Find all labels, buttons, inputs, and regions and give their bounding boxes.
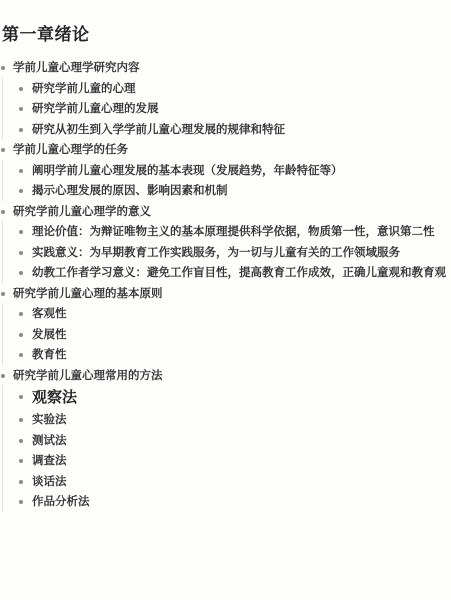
outline-node-level2[interactable]: 客观性 — [0, 303, 451, 324]
outline-node-level2[interactable]: 教育性 — [0, 344, 451, 365]
node-label: 客观性 — [32, 306, 67, 320]
node-label: 幼教工作者学习意义：避免工作盲目性，提高教育工作成效，正确儿童观和教育观 — [32, 265, 446, 279]
sub-list: 客观性 发展性 教育性 — [0, 303, 451, 365]
outline-section: 学前儿童心理学的任务 阐明学前儿童心理发展的基本表现（发展趋势，年龄特征等） 揭… — [0, 139, 451, 201]
bullet-icon[interactable] — [19, 169, 23, 173]
node-label: 测试法 — [32, 433, 67, 447]
outline-node-level2[interactable]: 理论价值：为辩证唯物主义的基本原理提供科学依据，物质第一性，意识第二性 — [0, 221, 451, 242]
bullet-icon[interactable] — [19, 459, 23, 463]
bullet-icon[interactable] — [19, 395, 23, 399]
outline-node-level1[interactable]: 研究学前儿童心理的基本原则 — [0, 283, 451, 304]
outline-node-level1[interactable]: 学前儿童心理学的任务 — [0, 139, 451, 160]
outline-node-level2[interactable]: 幼教工作者学习意义：避免工作盲目性，提高教育工作成效，正确儿童观和教育观 — [0, 262, 451, 283]
bullet-icon[interactable] — [1, 292, 5, 296]
outline-section: 研究学前儿童心理学的意义 理论价值：为辩证唯物主义的基本原理提供科学依据，物质第… — [0, 201, 451, 283]
bullet-icon[interactable] — [19, 418, 23, 422]
node-label: 调查法 — [32, 453, 67, 467]
bullet-icon[interactable] — [19, 128, 23, 132]
outline-node-level2[interactable]: 研究从初生到入学学前儿童心理发展的规律和特征 — [0, 119, 451, 140]
sub-list: 阐明学前儿童心理发展的基本表现（发展趋势，年龄特征等） 揭示心理发展的原因、影响… — [0, 160, 451, 201]
page-title: 第一章绪论 — [2, 20, 90, 45]
bullet-icon[interactable] — [19, 353, 23, 357]
node-label: 教育性 — [32, 347, 67, 361]
bullet-icon[interactable] — [1, 148, 5, 152]
outline-node-level2[interactable]: 实践意义：为早期教育工作实践服务，为一切与儿童有关的工作领域服务 — [0, 242, 451, 263]
bullet-icon[interactable] — [19, 271, 23, 275]
bullet-icon[interactable] — [19, 189, 23, 193]
sub-list: 理论价值：为辩证唯物主义的基本原理提供科学依据，物质第一性，意识第二性 实践意义… — [0, 221, 451, 283]
node-label: 揭示心理发展的原因、影响因素和机制 — [32, 183, 228, 197]
outline-node-level2[interactable]: 发展性 — [0, 324, 451, 345]
bullet-icon[interactable] — [19, 251, 23, 255]
outline-node-level2[interactable]: 研究学前儿童的心理 — [0, 78, 451, 99]
outline-node-level2[interactable]: 阐明学前儿童心理发展的基本表现（发展趋势，年龄特征等） — [0, 160, 451, 181]
node-label: 实践意义：为早期教育工作实践服务，为一切与儿童有关的工作领域服务 — [32, 245, 400, 259]
node-label: 谈话法 — [32, 474, 67, 488]
bullet-icon[interactable] — [1, 210, 5, 214]
outline-node-level2[interactable]: 测试法 — [0, 430, 451, 451]
bullet-icon[interactable] — [19, 480, 23, 484]
node-label: 研究学前儿童的心理 — [32, 81, 136, 95]
outline-node-level2[interactable]: 作品分析法 — [0, 491, 451, 512]
bullet-icon[interactable] — [19, 312, 23, 316]
outline-section: 学前儿童心理学研究内容 研究学前儿童的心理 研究学前儿童心理的发展 研究从初生到… — [0, 57, 451, 139]
sub-list: 研究学前儿童的心理 研究学前儿童心理的发展 研究从初生到入学学前儿童心理发展的规… — [0, 78, 451, 140]
node-label: 研究学前儿童心理的发展 — [32, 101, 159, 115]
node-label: 研究学前儿童心理的基本原则 — [13, 286, 163, 300]
node-label: 理论价值：为辩证唯物主义的基本原理提供科学依据，物质第一性，意识第二性 — [32, 224, 435, 238]
outline-list: 学前儿童心理学研究内容 研究学前儿童的心理 研究学前儿童心理的发展 研究从初生到… — [0, 57, 451, 512]
outline-node-level2[interactable]: 研究学前儿童心理的发展 — [0, 98, 451, 119]
outline-node-level2[interactable]: 实验法 — [0, 409, 451, 430]
node-label: 研究学前儿童心理常用的方法 — [13, 368, 163, 382]
bullet-icon[interactable] — [19, 500, 23, 504]
outline-node-level2[interactable]: 揭示心理发展的原因、影响因素和机制 — [0, 180, 451, 201]
bullet-icon[interactable] — [1, 66, 5, 70]
node-label: 阐明学前儿童心理发展的基本表现（发展趋势，年龄特征等） — [32, 163, 343, 177]
bullet-icon[interactable] — [19, 439, 23, 443]
sub-list: 观察法 实验法 测试法 调查法 谈话法 — [0, 385, 451, 512]
bullet-icon[interactable] — [19, 333, 23, 337]
node-label: 研究从初生到入学学前儿童心理发展的规律和特征 — [32, 122, 285, 136]
bullet-icon[interactable] — [19, 230, 23, 234]
node-label: 学前儿童心理学的任务 — [13, 142, 128, 156]
bullet-icon[interactable] — [19, 87, 23, 91]
node-label: 发展性 — [32, 327, 67, 341]
node-label: 实验法 — [32, 412, 67, 426]
outline-node-level1[interactable]: 学前儿童心理学研究内容 — [0, 57, 451, 78]
bullet-icon[interactable] — [19, 107, 23, 111]
bullet-icon[interactable] — [1, 374, 5, 378]
node-label: 观察法 — [32, 388, 77, 406]
outline-node-level1[interactable]: 研究学前儿童心理常用的方法 — [0, 365, 451, 386]
node-label: 研究学前儿童心理学的意义 — [13, 204, 151, 218]
outline-node-level1[interactable]: 研究学前儿童心理学的意义 — [0, 201, 451, 222]
outline-section: 研究学前儿童心理常用的方法 观察法 实验法 测试法 调查法 — [0, 365, 451, 512]
outline-node-level2-emphasized[interactable]: 观察法 — [0, 385, 451, 409]
outline-section: 研究学前儿童心理的基本原则 客观性 发展性 教育性 — [0, 283, 451, 365]
outline-node-level2[interactable]: 调查法 — [0, 450, 451, 471]
outline-node-level2[interactable]: 谈话法 — [0, 471, 451, 492]
node-label: 作品分析法 — [32, 494, 90, 508]
node-label: 学前儿童心理学研究内容 — [13, 60, 140, 74]
